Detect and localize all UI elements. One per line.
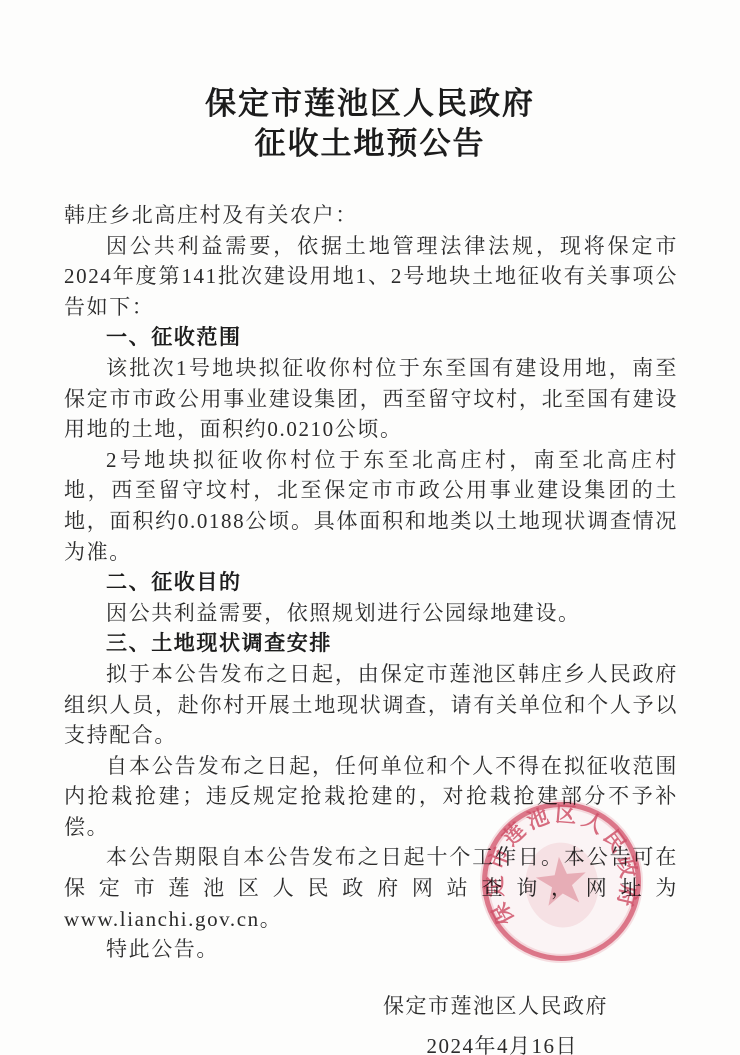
- section-1-heading: 一、征收范围: [64, 322, 678, 353]
- title-line-2: 征收土地预公告: [0, 124, 740, 164]
- section-1-paragraph-plot1: 该批次1号地块拟征收你村位于东至国有建设用地，南至保定市市政公用事业建设集团，西…: [64, 353, 678, 445]
- section-3-heading: 三、土地现状调查安排: [64, 628, 678, 659]
- section-3-paragraph-survey: 拟于本公告发布之日起，由保定市莲池区韩庄乡人民政府组织人员，赴你村开展土地现状调…: [64, 659, 678, 751]
- section-2-heading: 二、征收目的: [64, 567, 678, 598]
- signature-org: 保定市莲池区人民政府: [64, 991, 678, 1022]
- section-3-paragraph-restriction: 自本公告发布之日起，任何单位和个人不得在拟征收范围内抢栽抢建；违反规定抢栽抢建的…: [64, 751, 678, 843]
- salutation-line: 韩庄乡北高庄村及有关农户：: [64, 200, 678, 231]
- signature-date: 2024年4月16日: [64, 1031, 678, 1055]
- section-3-paragraph-duration: 本公告期限自本公告发布之日起十个工作日。本公告可在保定市莲池区人民政府网站查询，…: [64, 842, 678, 934]
- document-page: 保定市莲池区人民政府 征收土地预公告 韩庄乡北高庄村及有关农户： 因公共利益需要…: [0, 0, 740, 1055]
- section-2-paragraph: 因公共利益需要，依照规划进行公园绿地建设。: [64, 598, 678, 629]
- document-body: 韩庄乡北高庄村及有关农户： 因公共利益需要，依据土地管理法律法规，现将保定市20…: [64, 200, 678, 1055]
- section-1-paragraph-plot2: 2号地块拟征收你村位于东至北高庄村，南至北高庄村地，西至留守坟村，北至保定市市政…: [64, 445, 678, 567]
- intro-paragraph: 因公共利益需要，依据土地管理法律法规，现将保定市2024年度第141批次建设用地…: [64, 231, 678, 323]
- signature-block: 保定市莲池区人民政府 2024年4月16日: [64, 991, 678, 1055]
- title-line-1: 保定市莲池区人民政府: [0, 84, 740, 124]
- document-title: 保定市莲池区人民政府 征收土地预公告: [0, 0, 740, 164]
- closing-line: 特此公告。: [64, 934, 678, 965]
